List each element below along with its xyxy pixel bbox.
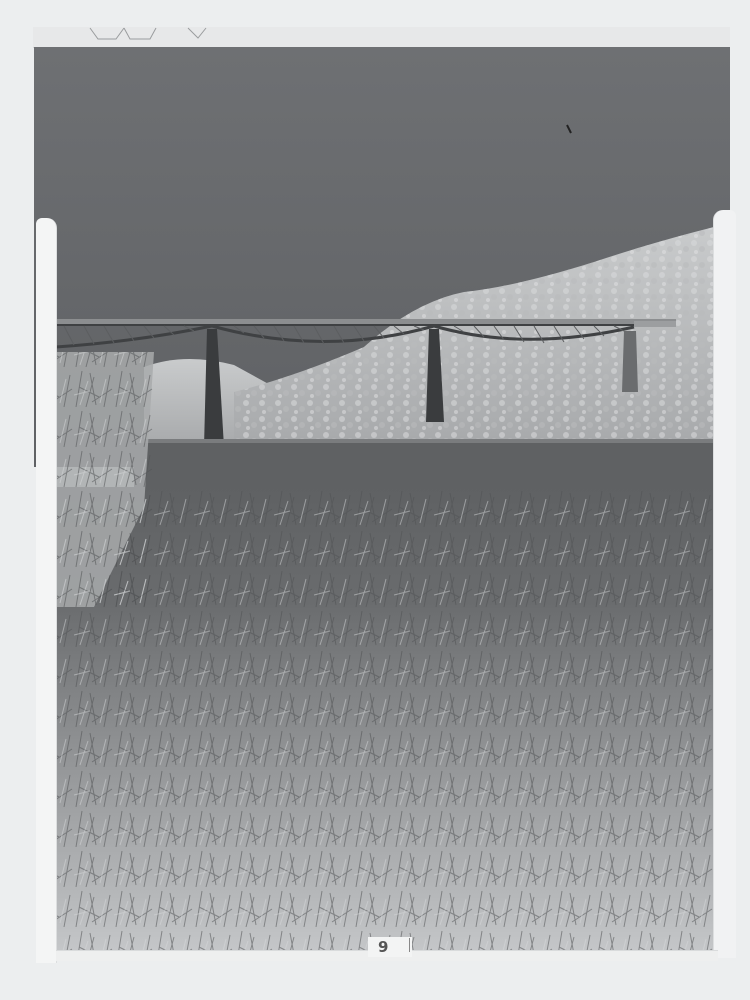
film-edge-right — [713, 210, 736, 958]
negative-photo — [34, 47, 730, 950]
frame-tick-mark — [409, 938, 410, 952]
frame-number: 9 — [368, 937, 412, 957]
bridge-pier-3 — [622, 331, 638, 392]
landscape-scene — [34, 47, 730, 950]
film-notch-marks — [88, 27, 288, 43]
river — [134, 442, 714, 492]
film-edge-left — [36, 218, 57, 963]
